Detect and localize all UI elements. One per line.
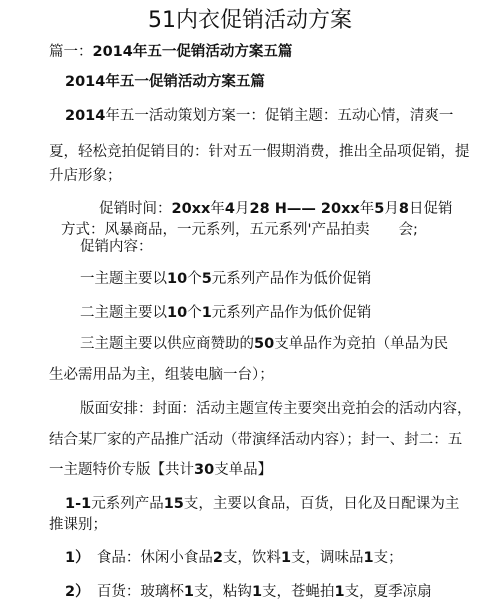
text: 一主题特价专版【共计: [49, 462, 194, 478]
text-bold: 1: [281, 550, 291, 566]
paragraph-line: 1-1元系列产品15支，主要以食品，百货，日化及日配课为主: [65, 495, 459, 513]
list-item: 1） 食品：休闲小食品2支，饮料1支，调味品1支；: [65, 549, 403, 567]
theme-one: 一主题主要以10个5元系列产品作为低价促销: [80, 270, 371, 288]
theme-three: 三主题主要以供应商赞助的50支单品作为竞拍（单品为民: [80, 335, 448, 353]
text-bold: 1-1: [65, 496, 91, 512]
text: 日促销: [409, 201, 453, 217]
text: 年五一活动策划方案一：促销主题：五动心情，清爽一: [105, 108, 453, 124]
text-bold: 2014: [65, 74, 105, 90]
text-bold: 4: [225, 201, 235, 217]
text: 支单品作为竞拍（单品为民: [274, 336, 448, 352]
paragraph-line: 结合某厂家的产品推广活动（带演绎活动内容）；封一、封二：五: [49, 431, 462, 449]
text-bold: 1: [252, 584, 262, 600]
paragraph-line: 升店形象；: [49, 167, 122, 185]
paragraph-line: 夏，轻松竞拍促销目的：针对五一假期消费，推出全品项促销，提: [49, 143, 470, 161]
paragraph-line: 生必需用品为主，组装电脑一台）；: [49, 366, 274, 384]
text: 一主题主要以: [80, 271, 167, 287]
paragraph-line: 版面安排：封面：活动主题宣传主要突出竞拍会的活动内容，: [80, 400, 472, 418]
text-bold: 28 H—— 20xx: [249, 201, 359, 217]
text-bold: 10: [167, 305, 187, 321]
text-bold: 1: [364, 550, 374, 566]
text: 支，夏季凉扇: [345, 584, 432, 600]
text: 食品：休闲小食品: [82, 550, 213, 566]
text-bold: 年五一促销活动方案五篇: [133, 44, 293, 60]
text-bold: 2014: [93, 44, 133, 60]
text-bold: 5: [374, 201, 384, 217]
text-bold: 年五一促销活动方案五篇: [105, 74, 265, 90]
text: 个: [187, 305, 202, 321]
text: 支，粘钩: [194, 584, 252, 600]
text: 促销时间：: [99, 201, 172, 217]
text-bold: 15: [164, 496, 184, 512]
text-bold: 2）: [65, 584, 82, 600]
paragraph-line: 2014年五一活动策划方案一：促销主题：五动心情，清爽一: [65, 107, 453, 125]
text-bold: 1: [184, 584, 194, 600]
text: 三主题主要以供应商赞助的: [80, 336, 254, 352]
theme-two: 二主题主要以10个1元系列产品作为低价促销: [80, 304, 371, 322]
text-bold: 2: [213, 550, 223, 566]
text: 支；: [374, 550, 403, 566]
text: 百货：玻璃杯: [82, 584, 184, 600]
paragraph-line: 一主题特价专版【共计30支单品】: [49, 461, 272, 479]
text-bold: 1: [335, 584, 345, 600]
text: 二主题主要以: [80, 305, 167, 321]
text: 支单品】: [214, 462, 272, 478]
text: 元系列产品作为低价促销: [212, 305, 372, 321]
subheading: 2014年五一促销活动方案五篇: [65, 73, 265, 91]
text: 支，苍蝇拍: [262, 584, 335, 600]
text: 支，饮料: [223, 550, 281, 566]
text-bold: 8: [399, 201, 409, 217]
document-title: 51内衣促销活动方案: [0, 6, 500, 36]
paragraph-line: 促销内容：: [80, 238, 153, 256]
text: 月: [384, 201, 399, 217]
text-bold: 20xx: [172, 201, 211, 217]
text-bold: 30: [194, 462, 214, 478]
list-item: 2） 百货：玻璃杯1支，粘钩1支，苍蝇拍1支，夏季凉扇: [65, 583, 432, 601]
text: 月: [235, 201, 250, 217]
heading-part-one: 篇一：2014年五一促销活动方案五篇: [49, 43, 292, 61]
text-bold: 5: [202, 271, 212, 287]
text-bold: 2014: [65, 108, 105, 124]
paragraph-line: 方式：风暴商品，一元系列，五元系列'产品拍卖 会;: [61, 221, 418, 239]
text: 篇一：: [49, 44, 93, 60]
text: 个: [187, 271, 202, 287]
text: 年: [210, 201, 225, 217]
text-bold: 1）: [65, 550, 82, 566]
promotion-time-line: 促销时间：20xx年4月28 H—— 20xx年5月8日促销: [99, 200, 452, 218]
text: 元系列产品: [91, 496, 164, 512]
text: 支，调味品: [291, 550, 364, 566]
paragraph-line: 推课别；: [49, 516, 107, 534]
text-bold: 50: [254, 336, 274, 352]
text-bold: 10: [167, 271, 187, 287]
text-bold: 1: [202, 305, 212, 321]
text: 年: [360, 201, 375, 217]
text: 支，主要以食品，百货，日化及日配课为主: [184, 496, 460, 512]
text: 元系列产品作为低价促销: [212, 271, 372, 287]
